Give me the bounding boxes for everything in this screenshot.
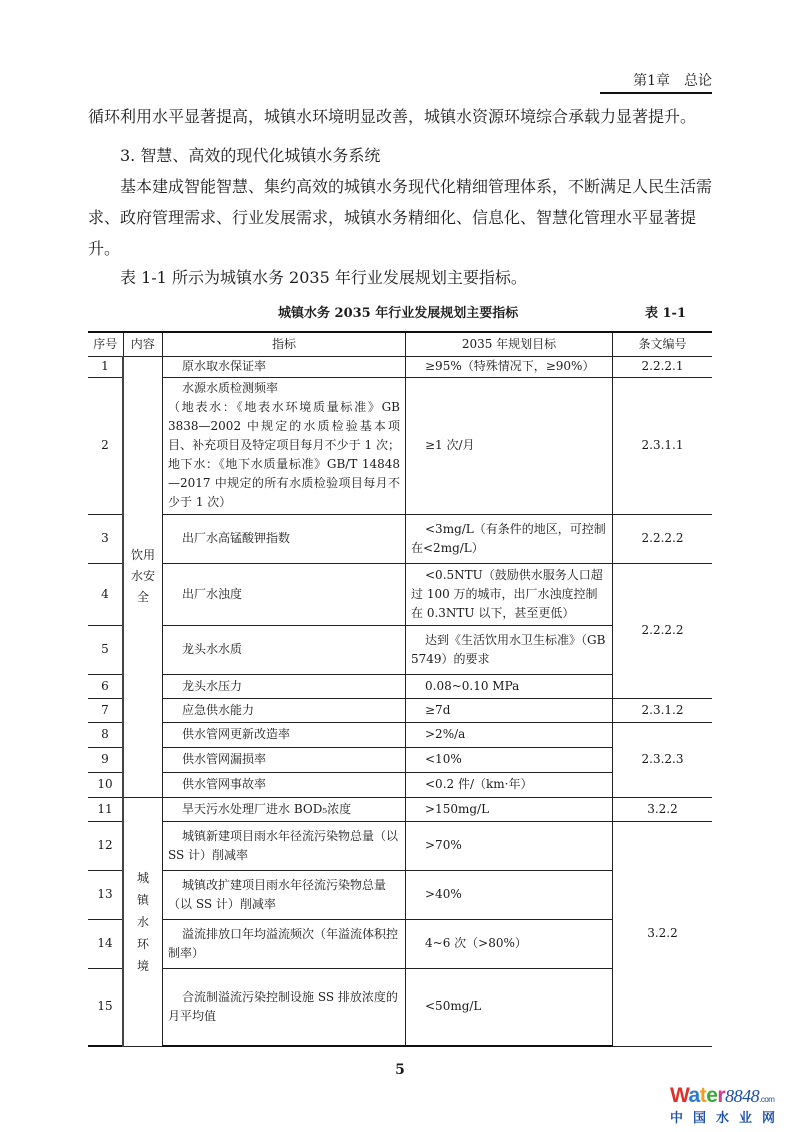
row-indicator: 水源水质检测频率 （地表水：《地表水环境质量标准》GB 3838—2002 中规… [163, 377, 406, 514]
paragraph-continuation: 循环利用水平显著提高，城镇水环境明显改善，城镇水资源环境综合承载力显著提升。 [88, 101, 712, 132]
row-target: 达到《生活饮用水卫生标准》（GB 5749）的要求 [406, 625, 613, 674]
category-urban-water-environment: 城镇水环境 [123, 797, 163, 1046]
col-header-no: 序号 [88, 332, 123, 356]
table-row: 12 城镇新建项目雨水年径流污染物总量（以 SS 计）削减率 >70% 3.2.… [88, 821, 712, 870]
section-heading: 3. 智慧、高效的现代化城镇水务系统 [120, 140, 744, 171]
table-row: 8 供水管网更新改造率 >2%/a 2.3.2.3 [88, 722, 712, 747]
row-article: 2.3.1.1 [613, 377, 713, 514]
row-indicator: 城镇新建项目雨水年径流污染物总量（以 SS 计）削减率 [163, 821, 406, 870]
row-no: 12 [88, 821, 123, 870]
row-no: 15 [88, 968, 123, 1046]
chapter-header: 第1章 总论 [600, 70, 712, 94]
row-no: 9 [88, 747, 123, 772]
row-indicator: 旱天污水处理厂进水 BOD₅浓度 [163, 797, 406, 821]
row-indicator: 溢流排放口年均溢流频次（年溢流体积控制率） [163, 919, 406, 968]
paragraph-text: 基本建成智能智慧、集约高效的城镇水务现代化精细管理体系，不断满足人民生活需求、政… [88, 177, 712, 258]
row-indicator: 合流制溢流污染控制设施 SS 排放浓度的月平均值 [163, 968, 406, 1046]
row-article: 2.2.2.2 [613, 514, 713, 563]
row-target: <10% [406, 747, 613, 772]
row-no: 1 [88, 356, 123, 377]
row-no: 14 [88, 919, 123, 968]
indicator-detail: （地表水：《地表水环境质量标准》GB 3838—2002 中规定的水质检验基本项… [168, 398, 400, 512]
row-target: <0.2 件/（km·年） [406, 772, 613, 797]
row-target: >40% [406, 870, 613, 919]
col-header-article: 条文编号 [613, 332, 713, 356]
row-no: 11 [88, 797, 123, 821]
table-row: 3 出厂水高锰酸钾指数 <3mg/L（有条件的地区，可控制在<2mg/L） 2.… [88, 514, 712, 563]
row-no: 7 [88, 698, 123, 722]
col-header-content: 内容 [123, 332, 163, 356]
row-indicator: 城镇改扩建项目雨水年径流污染物总量（以 SS 计）削减率 [163, 870, 406, 919]
category-label: 饮用水安全 [129, 545, 157, 608]
watermark-subtitle: 中国水业网 [670, 1111, 795, 1127]
indicator-table: 序号 内容 指标 2035 年规划目标 条文编号 1 饮用水安全 原水取水保证率… [88, 331, 712, 1047]
page-number: 5 [0, 1062, 800, 1078]
row-no: 4 [88, 563, 123, 625]
table-row: 7 应急供水能力 ≥7d 2.3.1.2 [88, 698, 712, 722]
row-no: 6 [88, 674, 123, 698]
row-indicator: 龙头水压力 [163, 674, 406, 698]
row-indicator: 供水管网更新改造率 [163, 722, 406, 747]
row-target: ≥95%（特殊情况下，≥90%） [406, 356, 613, 377]
row-target: 0.08~0.10 MPa [406, 674, 613, 698]
brand-suffix: .com [759, 1095, 774, 1104]
row-indicator: 出厂水浊度 [163, 563, 406, 625]
row-indicator: 应急供水能力 [163, 698, 406, 722]
row-indicator: 供水管网漏损率 [163, 747, 406, 772]
table-row: 1 饮用水安全 原水取水保证率 ≥95%（特殊情况下，≥90%） 2.2.2.1 [88, 356, 712, 377]
row-target: <50mg/L [406, 968, 613, 1046]
table-number: 表 1-1 [645, 302, 686, 321]
row-target: <0.5NTU（鼓励供水服务人口超过 100 万的城市，出厂水浊度控制在 0.3… [406, 563, 613, 625]
row-no: 3 [88, 514, 123, 563]
table-row: 11 城镇水环境 旱天污水处理厂进水 BOD₅浓度 >150mg/L 3.2.2 [88, 797, 712, 821]
table-row: 4 出厂水浊度 <0.5NTU（鼓励供水服务人口超过 100 万的城市，出厂水浊… [88, 563, 712, 625]
row-no: 13 [88, 870, 123, 919]
table-header-row: 序号 内容 指标 2035 年规划目标 条文编号 [88, 332, 712, 356]
row-article: 3.2.2 [613, 821, 713, 1046]
row-target: ≥7d [406, 698, 613, 722]
col-header-indicator: 指标 [163, 332, 406, 356]
row-target: >70% [406, 821, 613, 870]
watermark-logo: Water8848.com 中国水业网 [670, 1085, 795, 1127]
row-article: 2.3.2.3 [613, 722, 713, 797]
row-indicator: 原水取水保证率 [163, 356, 406, 377]
row-target: 4~6 次（>80%） [406, 919, 613, 968]
row-no: 10 [88, 772, 123, 797]
col-header-target: 2035 年规划目标 [406, 332, 613, 356]
table-title: 城镇水务 2035 年行业发展规划主要指标 [278, 302, 518, 321]
row-target: <3mg/L（有条件的地区，可控制在<2mg/L） [406, 514, 613, 563]
table-row: 2 水源水质检测频率 （地表水：《地表水环境质量标准》GB 3838—2002 … [88, 377, 712, 514]
paragraph-table-intro: 表 1-1 所示为城镇水务 2035 年行业发展规划主要指标。 [120, 262, 744, 293]
category-drinking-water: 饮用水安全 [123, 356, 163, 797]
brand-letter-w: W [670, 1084, 689, 1107]
row-article: 3.2.2 [613, 797, 713, 821]
brand-letter-e: e [706, 1084, 717, 1107]
row-target: ≥1 次/月 [406, 377, 613, 514]
brand-letter-a: a [689, 1084, 700, 1107]
row-article: 2.2.2.1 [613, 356, 713, 377]
row-no: 5 [88, 625, 123, 674]
row-no: 8 [88, 722, 123, 747]
row-article: 2.3.1.2 [613, 698, 713, 722]
row-indicator: 出厂水高锰酸钾指数 [163, 514, 406, 563]
watermark-brand: Water8848.com [670, 1085, 795, 1111]
row-indicator: 龙头水水质 [163, 625, 406, 674]
row-target: >2%/a [406, 722, 613, 747]
category-label: 城镇水环境 [136, 867, 150, 977]
row-article: 2.2.2.2 [613, 563, 713, 698]
row-indicator: 供水管网事故率 [163, 772, 406, 797]
row-no: 2 [88, 377, 123, 514]
brand-letter-r: r [717, 1084, 725, 1107]
row-target: >150mg/L [406, 797, 613, 821]
indicator-title: 水源水质检测频率 [168, 379, 400, 398]
paragraph-body: 基本建成智能智慧、集约高效的城镇水务现代化精细管理体系，不断满足人民生活需求、政… [88, 171, 712, 264]
brand-number: 8848 [725, 1086, 759, 1106]
